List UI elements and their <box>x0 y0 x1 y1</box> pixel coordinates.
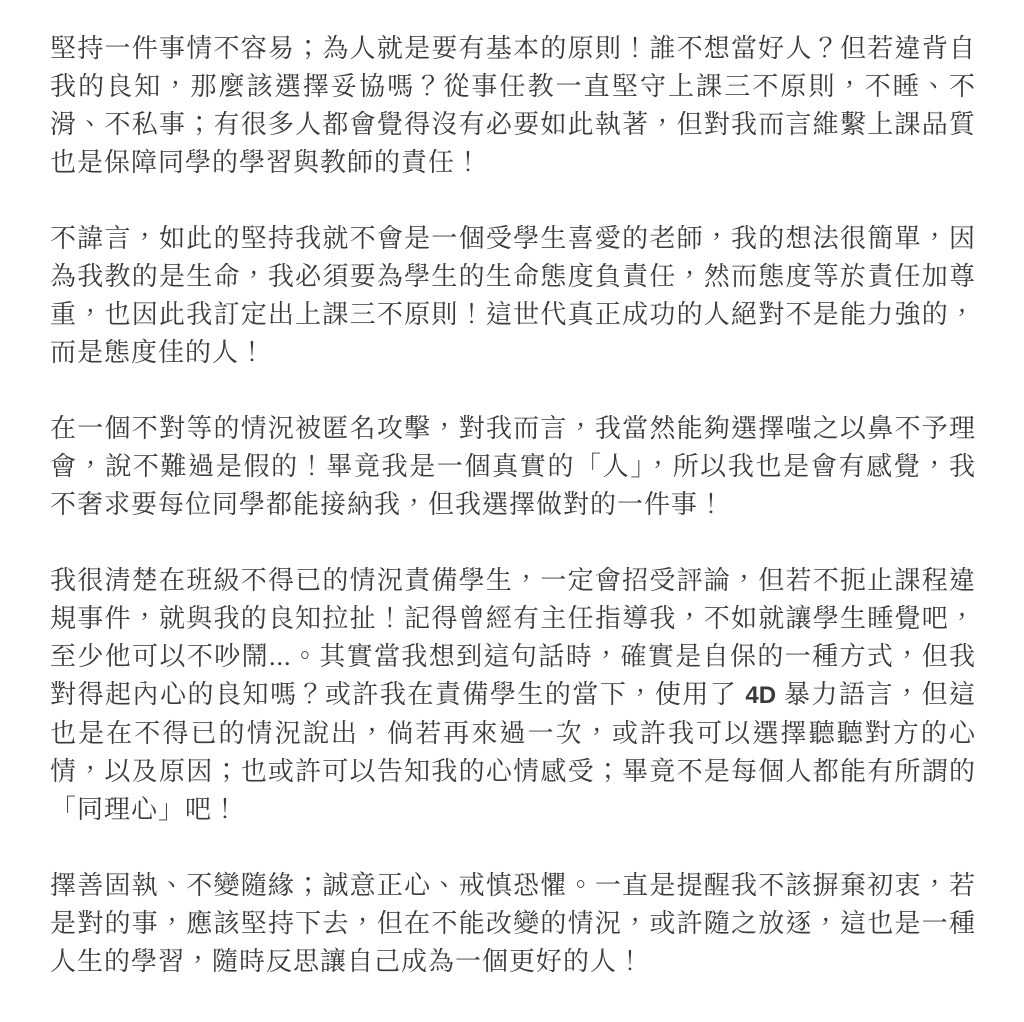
paragraph-4: 我很清楚在班級不得已的情況責備學生，一定會招受評論，但若不扼止課程違規事件，就與… <box>50 562 976 829</box>
paragraph-5: 擇善固執、不變隨緣；誠意正心、戒慎恐懼。一直是提醒我不該摒棄初衷，若是對的事，應… <box>50 867 976 981</box>
paragraph-3: 在一個不對等的情況被匿名攻擊，對我而言，我當然能夠選擇嗤之以鼻不予理會，說不難過… <box>50 410 976 524</box>
document-page: 堅持一件事情不容易；為人就是要有基本的原則！誰不想當好人？但若違背自我的良知，那… <box>0 0 1024 1022</box>
paragraph-2: 不諱言，如此的堅持我就不會是一個受學生喜愛的老師，我的想法很簡單，因為我教的是生… <box>50 220 976 372</box>
paragraph-4-term-4d: 4D <box>745 682 776 709</box>
document-body: 堅持一件事情不容易；為人就是要有基本的原則！誰不想當好人？但若違背自我的良知，那… <box>50 30 976 981</box>
paragraph-1: 堅持一件事情不容易；為人就是要有基本的原則！誰不想當好人？但若違背自我的良知，那… <box>50 30 976 182</box>
